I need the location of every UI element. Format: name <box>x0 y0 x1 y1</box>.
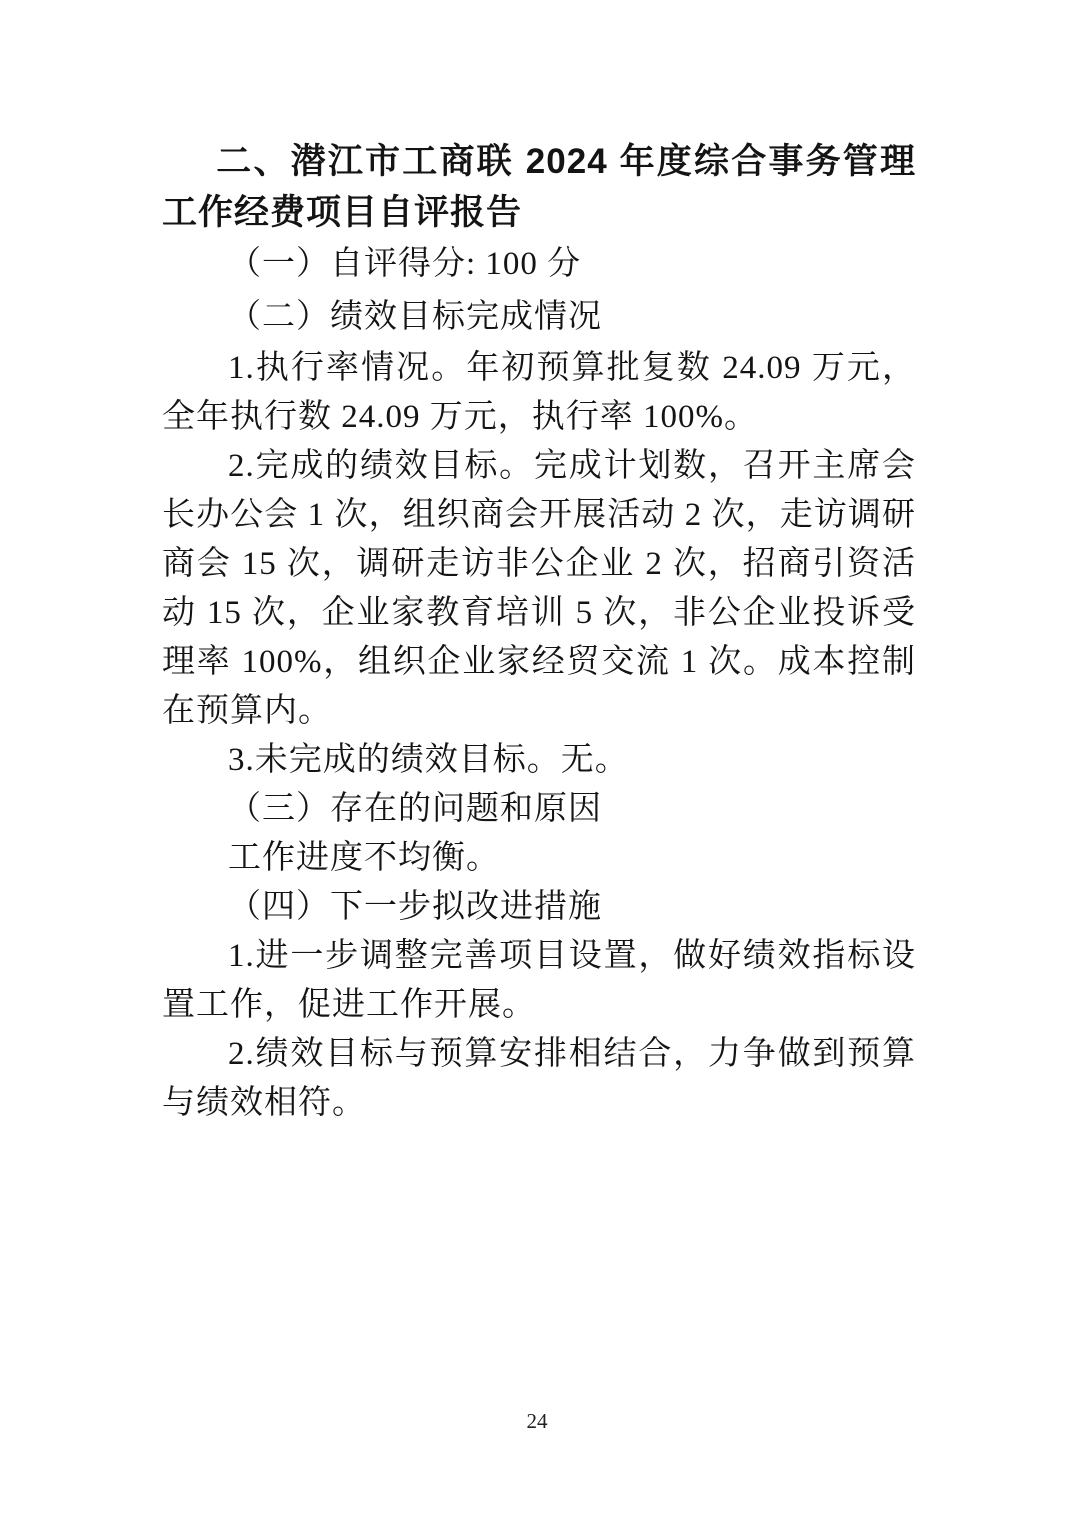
paragraph-uncompleted-goals: 3.未完成的绩效目标。无。 <box>162 736 916 785</box>
paragraph-improvement-2: 2.绩效目标与预算安排相结合，力争做到预算与绩效相符。 <box>162 1030 916 1128</box>
paragraph-execution-rate: 1.执行率情况。年初预算批复数 24.09 万元，全年执行数 24.09 万元，… <box>162 344 916 442</box>
paragraph-completed-goals: 2.完成的绩效目标。完成计划数，召开主席会长办公会 1 次，组织商会开展活动 2… <box>162 442 916 736</box>
document-page: 二、潜江市工商联 2024 年度综合事务管理工作经费项目自评报告 （一）自评得分… <box>0 0 1074 1520</box>
page-number: 24 <box>0 1409 1074 1434</box>
paragraph-improvement-1: 1.进一步调整完善项目设置，做好绩效指标设置工作，促进工作开展。 <box>162 932 916 1030</box>
paragraph-problems-body: 工作进度不均衡。 <box>162 834 916 883</box>
paragraph-score: （一）自评得分: 100 分 <box>162 238 916 291</box>
paragraph-goal-completion-heading: （二）绩效目标完成情况 <box>162 291 916 344</box>
paragraph-problems-heading: （三）存在的问题和原因 <box>162 785 916 834</box>
report-title: 二、潜江市工商联 2024 年度综合事务管理工作经费项目自评报告 <box>162 136 916 238</box>
paragraph-improvement-heading: （四）下一步拟改进措施 <box>162 883 916 932</box>
